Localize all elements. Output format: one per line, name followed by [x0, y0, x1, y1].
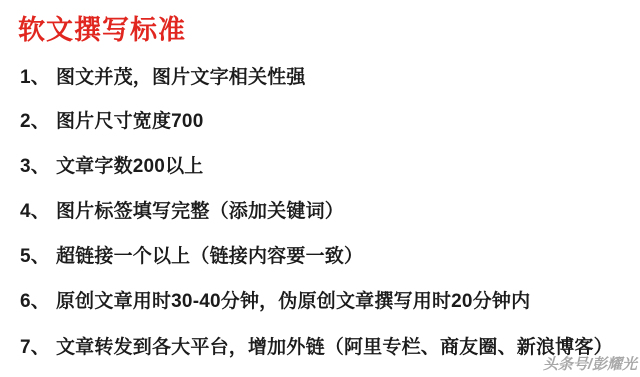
- list-item-text: 图文并茂，图片文字相关性强: [56, 67, 306, 88]
- page-title: 软文撰写标准: [18, 8, 186, 47]
- list-item-number: 3、: [20, 156, 50, 177]
- list-item: 5、超链接一个以上（链接内容要一致）: [20, 241, 363, 268]
- list-item-text: 图片标签填写完整（添加关键词）: [56, 201, 344, 222]
- list-item-number: 2、: [20, 111, 50, 132]
- list-item-number: 6、: [20, 291, 50, 312]
- document-page: 软文撰写标准 1、图文并茂，图片文字相关性强 2、图片尺寸宽度700 3、文章字…: [0, 0, 640, 377]
- list-item: 2、图片尺寸宽度700: [20, 106, 203, 133]
- list-item-number: 7、: [20, 337, 50, 358]
- watermark: 头条号/彭耀光: [543, 353, 637, 374]
- list-item: 1、图文并茂，图片文字相关性强: [20, 62, 306, 89]
- list-item-number: 1、: [20, 67, 50, 88]
- list-item-number: 4、: [20, 201, 50, 222]
- list-item-text: 图片尺寸宽度700: [56, 111, 204, 132]
- list-item-text: 文章字数200以上: [56, 156, 204, 177]
- list-item: 4、图片标签填写完整（添加关键词）: [20, 196, 344, 223]
- list-item: 3、文章字数200以上: [20, 151, 203, 178]
- list-item-text: 文章转发到各大平台，增加外链（阿里专栏、商友圈、新浪博客）: [56, 337, 613, 358]
- list-item: 6、原创文章用时30-40分钟，伪原创文章撰写用时20分钟内: [20, 286, 530, 313]
- list-item: 7、文章转发到各大平台，增加外链（阿里专栏、商友圈、新浪博客）: [20, 332, 613, 359]
- list-item-text: 原创文章用时30-40分钟，伪原创文章撰写用时20分钟内: [56, 291, 530, 312]
- list-item-text: 超链接一个以上（链接内容要一致）: [56, 246, 363, 267]
- list-item-number: 5、: [20, 246, 50, 267]
